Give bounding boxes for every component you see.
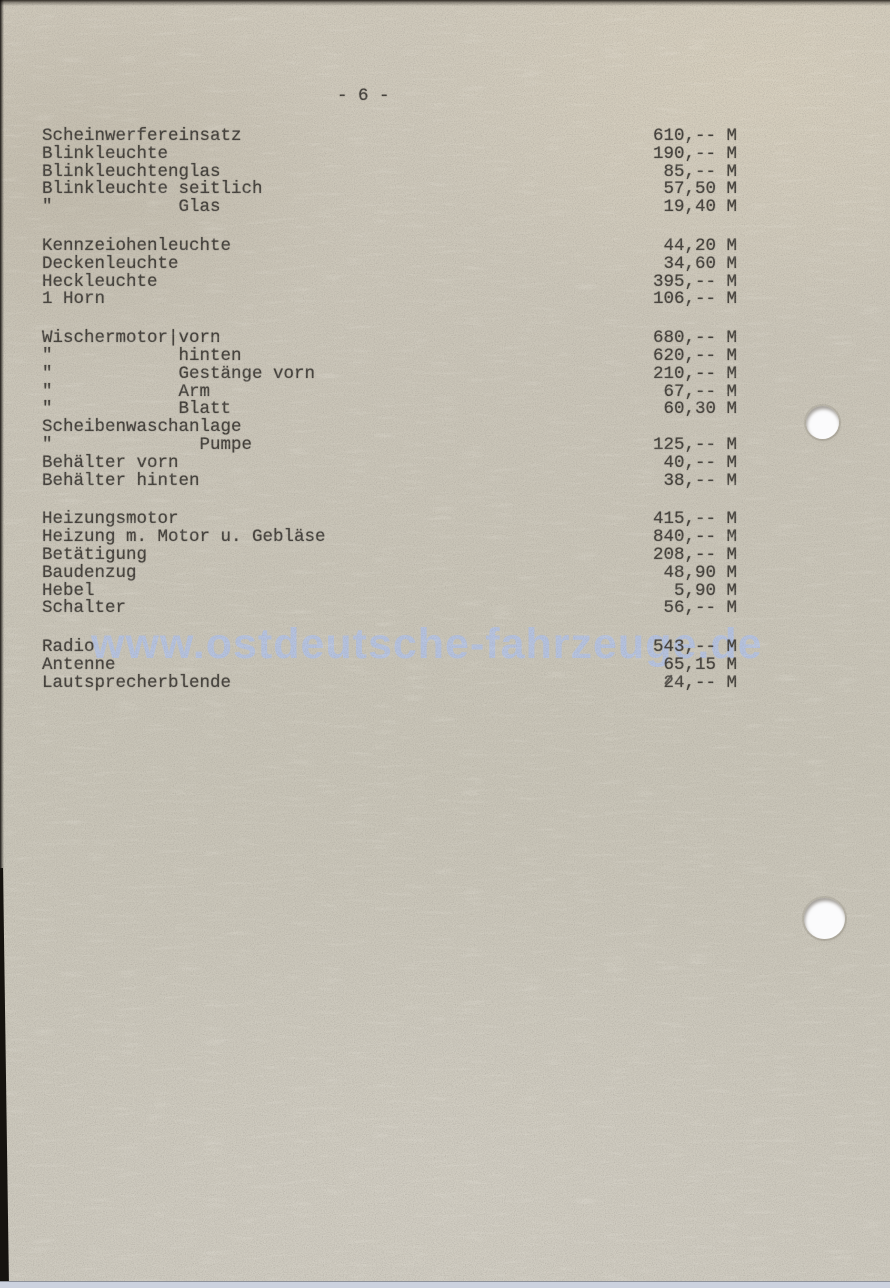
item-label: Behälter hinten — [42, 473, 200, 491]
punch-hole-bottom — [804, 898, 845, 939]
price-row: Lautsprecherblende24,-- M — [42, 675, 737, 693]
price-row: Heckleuchte395,-- M — [42, 274, 737, 292]
item-label: Schalter — [42, 600, 126, 618]
price-row: Baudenzug48,90 M — [42, 565, 737, 583]
item-label: Baudenzug — [42, 565, 137, 583]
price-row: Behälter hinten38,-- M — [42, 473, 737, 491]
item-label: Blinkleuchte — [42, 146, 168, 164]
price-row: " Glas19,40 M — [42, 199, 737, 217]
item-price: 190,-- M — [653, 146, 737, 164]
price-row: Behälter vorn40,-- M — [42, 455, 737, 473]
price-row: 1 Horn106,-- M — [42, 291, 737, 309]
price-row: Radio543,-- M — [42, 639, 737, 657]
price-section: Kennzeiohenleuchte44,20 MDeckenleuchte34… — [42, 238, 737, 309]
item-label: Behälter vorn — [42, 455, 179, 473]
item-price: 40,-- M — [663, 455, 737, 473]
item-price: 106,-- M — [653, 291, 737, 309]
scan-edge-bottom — [0, 1281, 890, 1288]
scan-edge-left-wedge — [0, 868, 9, 1288]
price-list: Scheinwerfereinsatz610,-- MBlinkleuchte1… — [42, 128, 737, 693]
item-price: 60,30 M — [663, 401, 737, 419]
price-row: Betätigung208,-- M — [42, 547, 737, 565]
item-label: " Glas — [42, 199, 221, 217]
item-price: 48,90 M — [663, 565, 737, 583]
item-price: 19,40 M — [663, 199, 737, 217]
price-section: Wischermotor|vorn680,-- M" hinten620,-- … — [42, 330, 737, 490]
scanned-document-page: www.ostdeutsche-fahrzeuge.de - 6 - Schei… — [0, 0, 890, 1288]
item-label: Deckenleuchte — [42, 256, 179, 274]
item-price: 38,-- M — [663, 473, 737, 491]
price-row: Hebel5,90 M — [42, 583, 737, 601]
item-label: Lautsprecherblende — [42, 675, 231, 693]
page-number: - 6 - — [337, 87, 390, 105]
punch-hole-top — [806, 406, 839, 439]
price-section: Scheinwerfereinsatz610,-- MBlinkleuchte1… — [42, 128, 737, 217]
item-price: 34,60 M — [663, 256, 737, 274]
price-section: Heizungsmotor415,-- MHeizung m. Motor u.… — [42, 511, 737, 618]
item-price: 56,-- M — [663, 600, 737, 618]
price-row: Blinkleuchte190,-- M — [42, 146, 737, 164]
item-price: 210,-- M — [653, 366, 737, 384]
item-label: " Gestänge vorn — [42, 366, 315, 384]
price-row: " Gestänge vorn210,-- M — [42, 366, 737, 384]
item-label: 1 Horn — [42, 291, 105, 309]
price-section: Radio543,-- MAntenne65,15 MLautsprecherb… — [42, 639, 737, 692]
scan-edge-top — [0, 0, 890, 6]
price-row: Deckenleuchte34,60 M — [42, 256, 737, 274]
price-row: Schalter56,-- M — [42, 600, 737, 618]
